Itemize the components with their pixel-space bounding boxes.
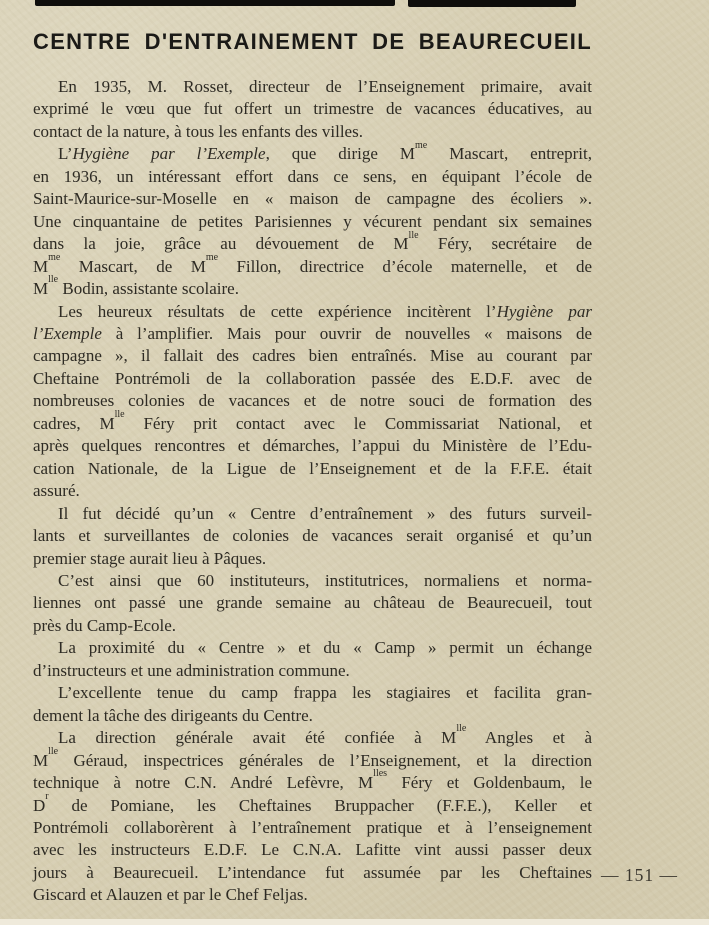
paragraph: C’est ainsi que 60 instituteurs, institu… — [33, 570, 592, 637]
text-line: liennes ont passé une grande semaine au … — [33, 592, 592, 614]
text-line: jours à Beaurecueil. L’intendance fut as… — [33, 862, 592, 884]
text-line: Giscard et Alauzen et par le Chef Feljas… — [33, 884, 592, 906]
text-line: L’excellente tenue du camp frappa les st… — [33, 682, 592, 704]
text-line: l’Exemple à l’amplifier. Mais pour ouvri… — [33, 323, 592, 345]
text-line: La proximité du « Centre » et du « Camp … — [33, 637, 592, 659]
paragraph: La proximité du « Centre » et du « Camp … — [33, 637, 592, 682]
page-number: — 151 — — [601, 865, 678, 886]
text-line: campagne », il fallait des cadres bien e… — [33, 345, 592, 367]
text-line: L’Hygiène par l’Exemple, que dirige Mme … — [33, 143, 592, 165]
text-line: avec les instructeurs E.D.F. Le C.N.A. L… — [33, 839, 592, 861]
text-line: exprimé le vœu que fut offert un trimest… — [33, 98, 592, 120]
text-line: La direction générale avait été confiée … — [33, 727, 592, 749]
text-line: cadres, Mlle Féry prit contact avec le C… — [33, 413, 592, 435]
paragraph: Il fut décidé qu’un « Centre d’entraînem… — [33, 503, 592, 570]
text-line: Une cinquantaine de petites Parisiennes … — [33, 211, 592, 233]
scan-artifact-bar-left — [35, 0, 395, 6]
text-line: dement la tâche des dirigeants du Centre… — [33, 705, 592, 727]
document-page: CENTRE D'ENTRAINEMENT DE BEAURECUEIL En … — [0, 0, 709, 925]
text-line: cation Nationale, de la Ligue de l’Ensei… — [33, 458, 592, 480]
scan-artifact-bar-right — [408, 0, 576, 7]
paragraph: Les heureux résultats de cette expérienc… — [33, 301, 592, 503]
paragraph: En 1935, M. Rosset, directeur de l’Ensei… — [33, 76, 592, 143]
page-title: CENTRE D'ENTRAINEMENT DE BEAURECUEIL — [33, 29, 592, 55]
text-line: C’est ainsi que 60 instituteurs, institu… — [33, 570, 592, 592]
text-line: assuré. — [33, 480, 592, 502]
text-line: contact de la nature, à tous les enfants… — [33, 121, 592, 143]
paragraph: La direction générale avait été confiée … — [33, 727, 592, 907]
text-line: d’instructeurs et une administration com… — [33, 660, 592, 682]
text-line: après quelques rencontres et démarches, … — [33, 435, 592, 457]
text-line: Saint-Maurice-sur-Moselle en « maison de… — [33, 188, 592, 210]
text-column: En 1935, M. Rosset, directeur de l’Ensei… — [33, 76, 592, 907]
text-line: Cheftaine Pontrémoli de la collaboration… — [33, 368, 592, 390]
scan-bottom-edge — [0, 919, 709, 925]
text-line: Mlle Bodin, assistante scolaire. — [33, 278, 592, 300]
text-line: lants et surveillantes de colonies de va… — [33, 525, 592, 547]
text-line: Mme Mascart, de Mme Fillon, directrice d… — [33, 256, 592, 278]
text-line: Les heureux résultats de cette expérienc… — [33, 301, 592, 323]
text-line: technique à notre C.N. André Lefèvre, Ml… — [33, 772, 592, 794]
paragraph: L’Hygiène par l’Exemple, que dirige Mme … — [33, 143, 592, 300]
text-line: près du Camp-Ecole. — [33, 615, 592, 637]
text-line: Mlle Géraud, inspectrices générales de l… — [33, 750, 592, 772]
text-line: Il fut décidé qu’un « Centre d’entraînem… — [33, 503, 592, 525]
paragraph: L’excellente tenue du camp frappa les st… — [33, 682, 592, 727]
text-line: premier stage aurait lieu à Pâques. — [33, 548, 592, 570]
text-line: en 1936, un intéressant effort dans ce s… — [33, 166, 592, 188]
text-line: Dr de Pomiane, les Cheftaines Bruppacher… — [33, 795, 592, 817]
text-line: Pontrémoli collaborèrent à l’entraînemen… — [33, 817, 592, 839]
text-line: En 1935, M. Rosset, directeur de l’Ensei… — [33, 76, 592, 98]
text-line: dans la joie, grâce au dévouement de Mll… — [33, 233, 592, 255]
